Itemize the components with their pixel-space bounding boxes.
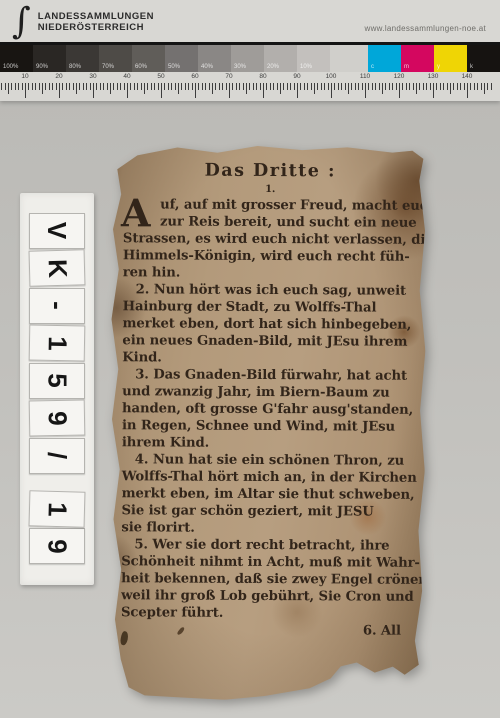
patch-label: 40% <box>201 64 213 70</box>
ruler-tick <box>382 83 383 94</box>
ruler-tick <box>436 83 437 90</box>
verse-line: zur Reis bereit, und sucht ein neue <box>123 213 417 232</box>
ruler-tick <box>399 83 400 98</box>
ruler-tick <box>389 83 390 90</box>
y-patch: y <box>434 45 467 72</box>
verse-line: sie florirt. <box>121 519 415 538</box>
ink-blot <box>119 631 129 646</box>
ruler-tick <box>56 83 57 90</box>
ruler-tick <box>69 83 70 90</box>
ruler-tick <box>263 83 264 98</box>
verse-line: heit bekennen, daß sie zwey Engel crönen… <box>121 570 415 589</box>
ruler-tick <box>137 83 138 90</box>
ruler-tick <box>253 83 254 90</box>
ruler-tick <box>423 83 424 90</box>
ruler-tick <box>453 83 454 90</box>
ruler-tick <box>113 83 114 90</box>
ruler-tick <box>76 83 77 94</box>
institution-name: LANDESSAMMLUNGEN NIEDERÖSTERREICH <box>38 5 154 39</box>
ruler-tick <box>406 83 407 90</box>
ruler-tick <box>392 83 393 90</box>
patch-label: 70% <box>102 64 114 70</box>
m-patch: m <box>401 45 434 72</box>
ruler-tick <box>358 83 359 90</box>
gray-patch: 10% <box>297 45 330 72</box>
ruler-tick <box>307 83 308 90</box>
ruler-number: 10 <box>15 73 35 80</box>
ruler-tick <box>134 83 135 90</box>
ruler-tick <box>467 83 468 98</box>
ruler-tick <box>487 83 488 90</box>
label-tile: / <box>29 438 85 474</box>
tile-gap <box>20 475 94 489</box>
ruler-tick <box>433 83 434 98</box>
ruler-tick <box>18 83 19 90</box>
label-tile: K <box>29 249 86 286</box>
institution-line2: NIEDERÖSTERREICH <box>38 22 144 33</box>
ruler-tick <box>164 83 165 90</box>
verse-line: Kind. <box>122 349 416 368</box>
ruler-tick <box>45 83 46 90</box>
patch-label: 80% <box>69 64 81 70</box>
ruler-tick <box>11 83 12 90</box>
ruler-tick <box>290 83 291 90</box>
ruler-tick <box>175 83 176 90</box>
ruler-tick <box>297 83 298 98</box>
ruler-tick <box>457 83 458 90</box>
label-character: / <box>41 452 72 459</box>
calibration-card: ∫ LANDESSAMMLUNGEN NIEDERÖSTERREICH www.… <box>0 0 500 101</box>
institution-line1: LANDESSAMMLUNGEN <box>38 11 154 22</box>
document-photo: Das Dritte : 1. A uf, auf mit grosser Fr… <box>106 140 426 702</box>
verse-line: ren hin. <box>123 264 417 283</box>
ruler-tick <box>256 83 257 90</box>
label-tile: 9 <box>29 400 86 437</box>
patch-label: 10% <box>300 64 312 70</box>
ruler-number: 80 <box>253 73 273 80</box>
gray-patch: 70% <box>99 45 132 72</box>
ruler-tick <box>249 83 250 90</box>
ruler-tick <box>25 83 26 98</box>
ruler-tick <box>270 83 271 90</box>
ruler-tick <box>1 83 2 90</box>
ruler-number: 30 <box>83 73 103 80</box>
ruler-tick <box>107 83 108 90</box>
label-character: - <box>41 301 72 310</box>
verse-3: 3. Das Gnaden-Bild fürwahr, hat acht und… <box>122 366 416 453</box>
ruler-tick <box>79 83 80 90</box>
ruler-tick <box>141 83 142 90</box>
dropcap-initial: A <box>121 197 151 229</box>
ruler-tick <box>447 83 448 90</box>
ruler-tick <box>402 83 403 90</box>
ruler-tick <box>52 83 53 90</box>
ruler-tick <box>491 83 492 90</box>
ruler-tick <box>232 83 233 90</box>
ruler-tick <box>440 83 441 90</box>
ruler-tick <box>127 83 128 98</box>
verse-line: handen, oft grosse G'fahr ausg'standen, <box>122 400 416 419</box>
gray-patch: 90% <box>33 45 66 72</box>
ruler-tick <box>324 83 325 90</box>
ruler-tick <box>413 83 414 90</box>
ruler-tick <box>416 83 417 94</box>
document-text: Das Dritte : 1. A uf, auf mit grosser Fr… <box>121 159 418 640</box>
ruler-tick <box>321 83 322 90</box>
ruler-tick <box>266 83 267 90</box>
ruler-tick <box>368 83 369 90</box>
label-character: V <box>42 222 73 239</box>
ruler-tick <box>304 83 305 90</box>
ruler-tick <box>481 83 482 90</box>
inventory-tiles: VK-159/19 <box>20 213 94 565</box>
label-tile: V <box>29 213 85 249</box>
verse-line: 4. Nun hat sie ein schönen Thron, zu <box>122 451 416 470</box>
ruler-tick <box>477 83 478 90</box>
ruler-tick <box>158 83 159 90</box>
ruler-tick <box>117 83 118 90</box>
ruler-tick <box>372 83 373 90</box>
verse-line: uf, auf mit grosser Freud, macht euch <box>123 196 417 215</box>
institution-logo: ∫ LANDESSAMMLUNGEN NIEDERÖSTERREICH <box>12 5 154 39</box>
ruler-tick <box>66 83 67 90</box>
patch-label: y <box>437 64 440 70</box>
ruler-tick <box>341 83 342 90</box>
ruler-tick <box>90 83 91 90</box>
label-tile: 1 <box>29 490 86 527</box>
ruler-tick <box>215 83 216 90</box>
ruler-number: 140 <box>457 73 477 80</box>
ruler-tick <box>283 83 284 90</box>
ruler-tick <box>151 83 152 90</box>
ruler-number: 120 <box>389 73 409 80</box>
verse-line: Himmels-Königin, wird euch recht füh- <box>123 247 417 266</box>
ruler-tick <box>120 83 121 90</box>
ruler-number: 60 <box>185 73 205 80</box>
ruler-tick <box>110 83 111 94</box>
ruler-tick <box>396 83 397 90</box>
ruler-tick <box>426 83 427 90</box>
ruler-tick <box>334 83 335 90</box>
ruler: 102030405060708090100110120130140 <box>0 72 500 101</box>
patch-label: 100% <box>3 64 18 70</box>
ruler-tick <box>419 83 420 90</box>
ruler-tick <box>317 83 318 90</box>
ruler-tick <box>280 83 281 94</box>
ruler-tick <box>219 83 220 90</box>
patch-label: 60% <box>135 64 147 70</box>
verse-line: 2. Nun hört was ich euch sag, unweit <box>123 281 417 300</box>
ruler-tick <box>35 83 36 90</box>
verse-5: 5. Wer sie dort recht betracht, ihre Sch… <box>121 536 415 623</box>
label-tile: 1 <box>29 325 86 362</box>
ruler-tick <box>161 83 162 98</box>
patch-label: 20% <box>267 64 279 70</box>
ruler-tick <box>171 83 172 90</box>
ruler-tick <box>5 83 6 90</box>
color-calibration-strip: 100%90%80%70%60%50%40%30%20%10%cmyk <box>0 45 500 72</box>
logo-icon: ∫ <box>12 5 31 39</box>
verse-line: in Regen, Schnee und Wind, mit JEsu <box>122 417 416 436</box>
verse-1: A uf, auf mit grosser Freud, macht euch … <box>123 196 417 283</box>
ruler-tick <box>385 83 386 90</box>
verse-line: Strassen, es wird euch nicht verlassen, … <box>123 230 417 249</box>
label-tile: - <box>29 288 85 324</box>
ruler-tick <box>124 83 125 90</box>
ruler-number: 50 <box>151 73 171 80</box>
verse-line: ein neues Gnaden-Bild, mit JEsu ihrem <box>122 332 416 351</box>
ruler-tick <box>202 83 203 90</box>
ruler-tick <box>328 83 329 90</box>
verse-line: merkt eben, im Altar sie thut schweben, <box>122 485 416 504</box>
verse-line: Wolffs-Thal hört mich an, in der Kirchen <box>122 468 416 487</box>
ruler-number: 130 <box>423 73 443 80</box>
verse-4: 4. Nun hat sie ein schönen Thron, zu Wol… <box>121 451 415 538</box>
ruler-tick <box>59 83 60 98</box>
gray-patch: 100% <box>0 45 33 72</box>
ruler-tick <box>277 83 278 90</box>
gray-patch: 50% <box>165 45 198 72</box>
ruler-tick <box>365 83 366 98</box>
ruler-tick <box>260 83 261 90</box>
ruler-number: 100 <box>321 73 341 80</box>
ruler-tick <box>103 83 104 90</box>
ruler-tick <box>15 83 16 90</box>
ruler-tick <box>226 83 227 90</box>
gray-patch: 60% <box>132 45 165 72</box>
ruler-number: 20 <box>49 73 69 80</box>
ruler-tick <box>8 83 9 94</box>
ruler-tick <box>28 83 29 90</box>
catchword: 6. All <box>121 621 415 640</box>
ruler-tick <box>195 83 196 98</box>
ruler-tick <box>239 83 240 90</box>
verse-line: ihrem Kind. <box>122 434 416 453</box>
ruler-tick <box>83 83 84 90</box>
ruler-tick <box>209 83 210 90</box>
ruler-tick <box>430 83 431 90</box>
ruler-tick <box>39 83 40 90</box>
ruler-tick <box>86 83 87 90</box>
patch-label: c <box>371 64 374 70</box>
ruler-tick <box>474 83 475 90</box>
label-character: K <box>41 258 72 278</box>
patch-label: m <box>404 64 409 70</box>
ruler-tick <box>375 83 376 90</box>
website-url: www.landessammlungen-noe.at <box>365 24 487 33</box>
ruler-tick <box>42 83 43 94</box>
ruler-tick <box>205 83 206 90</box>
patch-gap <box>330 45 368 72</box>
ruler-tick <box>355 83 356 90</box>
ruler-tick <box>100 83 101 90</box>
ruler-tick <box>314 83 315 94</box>
verse-line: weil ihr groß Lob gebührt, Sie Cron und <box>121 587 415 606</box>
ruler-tick <box>300 83 301 90</box>
ruler-tick <box>484 83 485 94</box>
gray-patch: 40% <box>198 45 231 72</box>
ruler-number: 70 <box>219 73 239 80</box>
ruler-tick <box>345 83 346 90</box>
paper-sheet: Das Dritte : 1. A uf, auf mit grosser Fr… <box>105 139 428 703</box>
verse-line: 5. Wer sie dort recht betracht, ihre <box>121 536 415 555</box>
verse-line: merket eben, dort hat sich hinbegeben, <box>122 315 416 334</box>
document-title: Das Dritte : <box>123 159 417 185</box>
ruler-number: 110 <box>355 73 375 80</box>
ruler-tick <box>185 83 186 90</box>
ruler-tick <box>93 83 94 98</box>
ruler-tick <box>22 83 23 90</box>
ruler-tick <box>243 83 244 90</box>
ruler-tick <box>450 83 451 94</box>
label-character: 9 <box>42 539 73 553</box>
patch-label: 30% <box>234 64 246 70</box>
gray-patch: 80% <box>66 45 99 72</box>
ruler-tick <box>331 83 332 98</box>
label-character: 1 <box>41 335 72 350</box>
patch-label: 50% <box>168 64 180 70</box>
verse-line: Hainburg der Stadt, zu Wolffs-Thal <box>123 298 417 317</box>
verse-2: 2. Nun hört was ich euch sag, unweit Hai… <box>122 281 416 368</box>
ruler-tick <box>229 83 230 98</box>
ruler-tick <box>409 83 410 90</box>
c-patch: c <box>368 45 401 72</box>
label-character: 9 <box>41 410 72 425</box>
verse-line: Sie ist gar schön geziert, mit JESU <box>121 502 415 521</box>
label-character: 1 <box>41 501 72 516</box>
ruler-tick <box>443 83 444 90</box>
patch-label: k <box>470 64 473 70</box>
ruler-number: 90 <box>287 73 307 80</box>
ruler-tick <box>188 83 189 90</box>
ruler-tick <box>294 83 295 90</box>
ruler-tick <box>212 83 213 94</box>
ruler-tick <box>144 83 145 94</box>
ruler-tick <box>338 83 339 90</box>
inventory-number-label: VK-159/19 <box>20 193 94 585</box>
ruler-tick <box>192 83 193 90</box>
ruler-tick <box>287 83 288 90</box>
ruler-tick <box>181 83 182 90</box>
ruler-tick <box>147 83 148 90</box>
patch-label: 90% <box>36 64 48 70</box>
k-patch: k <box>467 45 500 72</box>
ruler-tick <box>130 83 131 90</box>
label-character: 5 <box>42 373 73 387</box>
ruler-tick <box>236 83 237 90</box>
gray-patch: 30% <box>231 45 264 72</box>
verse-line: 3. Das Gnaden-Bild fürwahr, hat acht <box>122 366 416 385</box>
verse-line: und zwanzig Jahr, im Biern-Baum zu <box>122 383 416 402</box>
ruler-tick <box>154 83 155 90</box>
ruler-tick <box>379 83 380 90</box>
ruler-tick <box>49 83 50 90</box>
ruler-number: 40 <box>117 73 137 80</box>
ruler-tick <box>464 83 465 90</box>
ruler-tick <box>96 83 97 90</box>
ruler-tick <box>470 83 471 90</box>
ruler-tick <box>198 83 199 90</box>
ruler-tick <box>168 83 169 90</box>
ruler-tick <box>460 83 461 90</box>
label-tile: 5 <box>29 363 85 399</box>
ruler-tick <box>362 83 363 90</box>
ruler-tick <box>222 83 223 90</box>
label-tile: 9 <box>29 528 85 564</box>
ruler-tick <box>62 83 63 90</box>
ruler-tick <box>246 83 247 94</box>
ruler-tick <box>32 83 33 90</box>
ruler-tick <box>348 83 349 94</box>
ruler-tick <box>73 83 74 90</box>
ruler-tick <box>273 83 274 90</box>
verse-line: Scepter führt. <box>121 604 415 623</box>
ruler-tick <box>351 83 352 90</box>
ruler-tick <box>311 83 312 90</box>
verse-line: Schönheit nihmt in Acht, muß mit Wahr- <box>121 553 415 572</box>
ruler-tick <box>178 83 179 94</box>
gray-patch: 20% <box>264 45 297 72</box>
